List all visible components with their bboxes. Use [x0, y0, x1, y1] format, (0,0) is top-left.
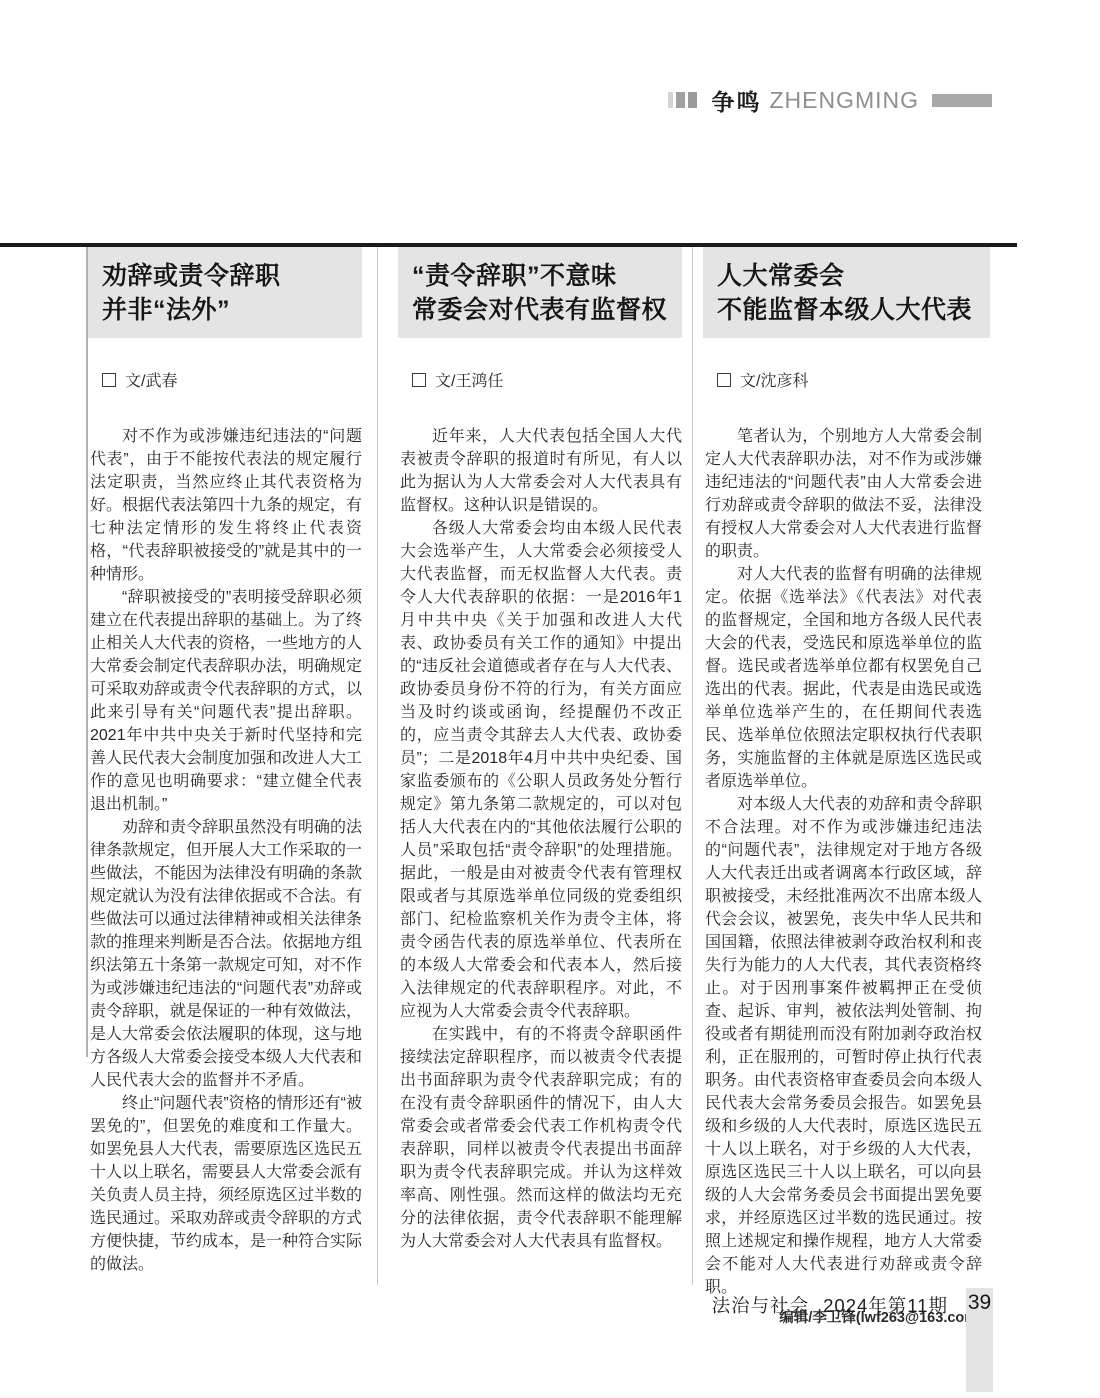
footer-journal-line: 法治与社会 2024年第11期	[712, 1292, 948, 1318]
article-3-author-name: 文/沈彦科	[740, 368, 808, 391]
masthead-bars-icon	[668, 92, 697, 108]
page-number: 39	[966, 1288, 993, 1318]
paragraph: 劝辞和责令辞职虽然没有明确的法律条款规定，但开展人大工作采取的一些做法，不能因为…	[90, 816, 362, 1092]
author-square-icon	[412, 373, 426, 387]
article-3-title: 人大常委会 不能监督本级人大代表	[703, 247, 990, 338]
footer-issue: 2024年第11期	[823, 1292, 948, 1318]
page-number-bar: 39	[966, 1288, 993, 1392]
paragraph: 终止“问题代表”资格的情形还有“被罢免的”，但罢免的难度和工作量大。如罢免县人大…	[90, 1092, 362, 1276]
article-2-author-name: 文/王鸿任	[435, 368, 503, 391]
section-title-cn: 争鸣	[711, 84, 761, 117]
article-1-author: 文/武春	[88, 368, 362, 391]
article-2-body: 近年来，人大代表包括全国人大代表被责令辞职的报道时有所见，有人以此为据认为人大常…	[398, 425, 682, 1253]
paragraph: 近年来，人大代表包括全国人大代表被责令辞职的报道时有所见，有人以此为据认为人大常…	[400, 425, 682, 517]
paragraph: 在实践中，有的不将责令辞职函件接续法定辞职程序，而以被责令代表提出书面辞职为责令…	[400, 1023, 682, 1253]
article-2-title-line2: 常委会对代表有监督权	[412, 293, 668, 327]
masthead-bar-light	[668, 92, 673, 108]
article-2-title: “责令辞职”不意味 常委会对代表有监督权	[398, 247, 682, 338]
article-3-body: 笔者认为，个别地方人大常委会制定人大代表辞职办法，对不作为或涉嫌违纪违法的“问题…	[703, 425, 982, 1330]
masthead-bar-mid	[676, 92, 685, 108]
article-1-body: 对不作为或涉嫌违纪违法的“问题代表”，由于不能按代表法的规定履行法定职责，当然应…	[88, 425, 362, 1276]
article-3-title-line1: 人大常委会	[717, 259, 976, 293]
paragraph: 对不作为或涉嫌违纪违法的“问题代表”，由于不能按代表法的规定履行法定职责，当然应…	[90, 425, 362, 586]
article-1-author-name: 文/武春	[125, 368, 177, 391]
paragraph: 各级人大常委会均由本级人民代表大会选举产生，人大常委会必须接受人大代表监督，而无…	[400, 517, 682, 1023]
paragraph: “辞职被接受的”表明接受辞职必须建立在代表提出辞职的基础上。为了终止相关人大代表…	[90, 586, 362, 816]
article-1-title-line1: 劝辞或责令辞职	[102, 259, 348, 293]
article-column-2: “责令辞职”不意味 常委会对代表有监督权 文/王鸿任 近年来，人大代表包括全国人…	[398, 247, 682, 1253]
author-square-icon	[102, 373, 116, 387]
column-separator-2	[692, 247, 693, 1285]
article-column-3: 人大常委会 不能监督本级人大代表 文/沈彦科 笔者认为，个别地方人大常委会制定人…	[703, 247, 990, 1330]
article-3-author: 文/沈彦科	[703, 368, 990, 391]
column-separator-1	[377, 247, 378, 1285]
magazine-page: 争鸣 ZHENGMING 劝辞或责令辞职 并非“法外” 文/武春 对不作为或涉嫌…	[0, 0, 1100, 1398]
article-2-author: 文/王鸿任	[398, 368, 682, 391]
section-title-en: ZHENGMING	[769, 87, 919, 114]
author-square-icon	[717, 373, 731, 387]
article-column-1: 劝辞或责令辞职 并非“法外” 文/武春 对不作为或涉嫌违纪违法的“问题代表”，由…	[88, 247, 362, 1276]
section-masthead: 争鸣 ZHENGMING	[668, 86, 992, 114]
paragraph: 对人大代表的监督有明确的法律规定。依据《选举法》《代表法》对代表的监督规定，全国…	[705, 563, 982, 793]
footer-journal-name: 法治与社会	[712, 1292, 810, 1318]
masthead-gray-rect	[932, 94, 992, 107]
paragraph: 笔者认为，个别地方人大常委会制定人大代表辞职办法，对不作为或涉嫌违纪违法的“问题…	[705, 425, 982, 563]
article-1-title-line2: 并非“法外”	[102, 293, 348, 327]
article-3-title-line2: 不能监督本级人大代表	[717, 293, 976, 327]
masthead-bar-dark	[688, 92, 697, 108]
article-2-title-line1: “责令辞职”不意味	[412, 259, 668, 293]
article-1-title: 劝辞或责令辞职 并非“法外”	[88, 247, 362, 338]
paragraph: 对本级人大代表的劝辞和责令辞职不合法理。对不作为或涉嫌违纪违法的“问题代表”，法…	[705, 793, 982, 1299]
